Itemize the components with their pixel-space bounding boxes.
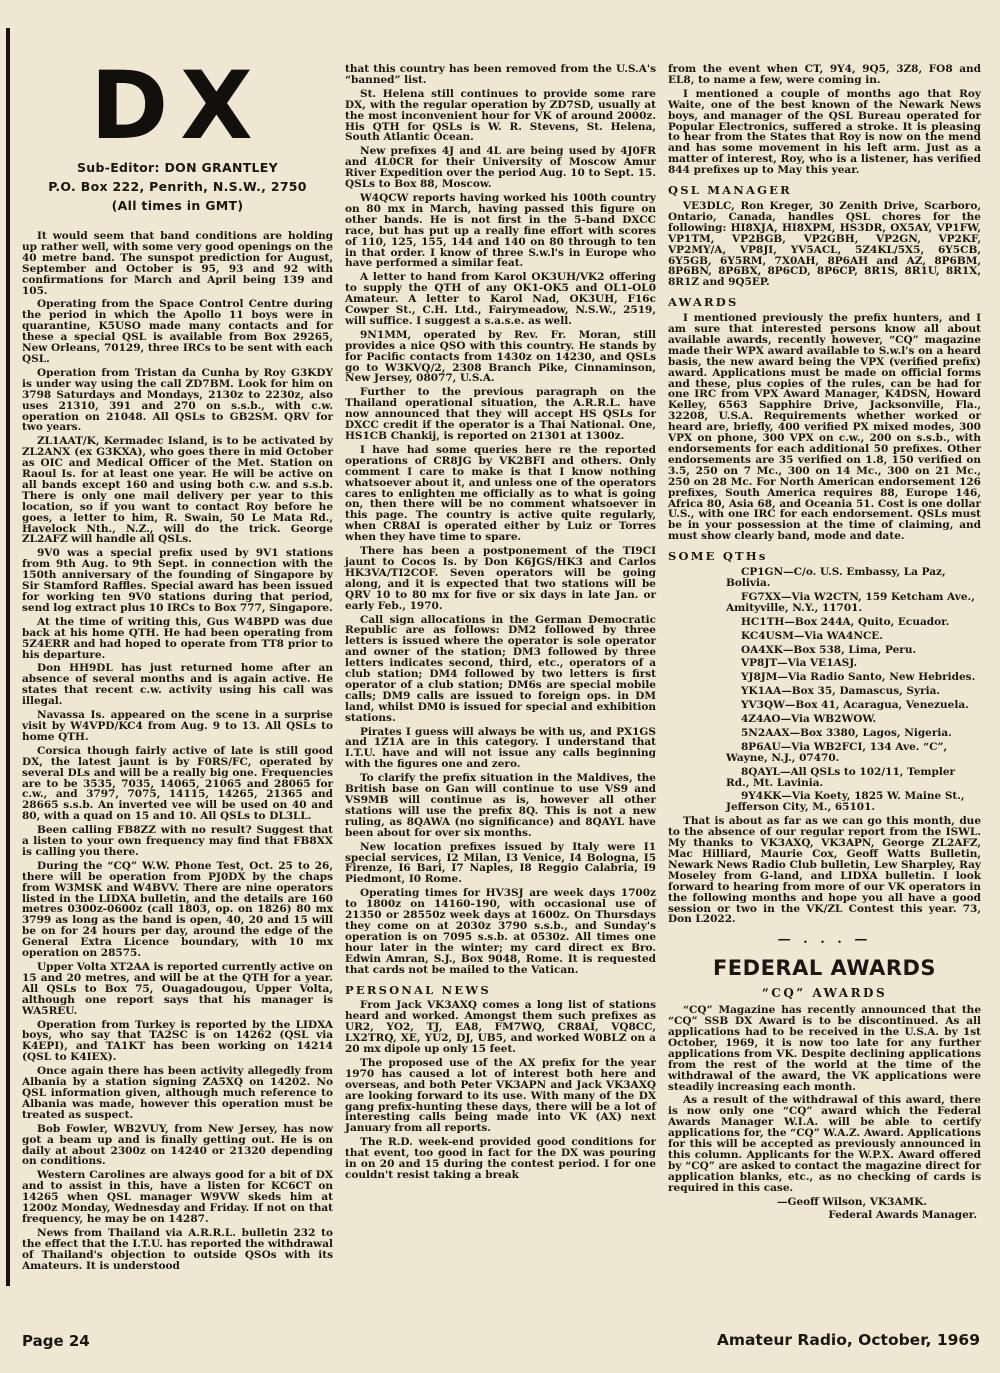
body-paragraph: As a result of the withdrawal of this aw… <box>668 1095 981 1193</box>
body-paragraph: St. Helena still continues to provide so… <box>345 89 656 144</box>
dx-logo: DX <box>22 66 333 148</box>
body-paragraph: I mentioned a couple of months ago that … <box>668 89 981 176</box>
body-paragraph: that this country has been removed from … <box>345 64 656 86</box>
body-paragraph: From Jack VK3AXQ comes a long list of st… <box>345 1000 656 1055</box>
body-paragraph: I mentioned previously the prefix hunter… <box>668 313 981 542</box>
left-column: DX Sub-Editor: DON GRANTLEY P.O. Box 222… <box>22 58 333 1274</box>
body-paragraph: I have had some queries here re the repo… <box>345 445 656 543</box>
heading-some-qths: SOME QTHs <box>668 551 981 562</box>
body-paragraph: from the event when CT, 9Y4, 9Q5, 3Z8, F… <box>668 64 981 86</box>
magazine-page: DX Sub-Editor: DON GRANTLEY P.O. Box 222… <box>0 0 1000 1373</box>
body-paragraph: Western Carolines are always good for a … <box>22 1170 333 1225</box>
qth-entry: YV3QW—Box 41, Acaragua, Venezuela. <box>668 700 981 711</box>
body-paragraph: Bob Fowler, WB2VUY, from New Jersey, has… <box>22 1124 333 1168</box>
signature-title: Federal Awards Manager. <box>668 1210 981 1221</box>
qth-entry: KC4USM—Via WA4NCE. <box>668 631 981 642</box>
heading-federal-awards: FEDERAL AWARDS <box>668 956 981 980</box>
footer-page-number: Page 24 <box>22 1332 90 1350</box>
right-column: from the event when CT, 9Y4, 9Q5, 3Z8, F… <box>668 64 981 1224</box>
body-paragraph: It would seem that band conditions are h… <box>22 231 333 296</box>
body-paragraph: A letter to hand from Karol OK3UH/VK2 of… <box>345 272 656 327</box>
page-edge-rule <box>6 28 10 1286</box>
body-paragraph: Operating times for HV3SJ are week days … <box>345 888 656 975</box>
body-paragraph: Call sign allocations in the German Demo… <box>345 615 656 724</box>
body-paragraph: That is about as far as we can go this m… <box>668 816 981 925</box>
body-paragraph: There has been a postponement of the TI9… <box>345 546 656 611</box>
body-paragraph: Operation from Tristan da Cunha by Roy G… <box>22 368 333 433</box>
body-paragraph: Once again there has been activity alleg… <box>22 1066 333 1121</box>
signature: —Geoff Wilson, VK3AMK. <box>668 1197 981 1208</box>
body-paragraph: The proposed use of the AX prefix for th… <box>345 1058 656 1134</box>
body-paragraph: “CQ” Magazine has recently announced tha… <box>668 1005 981 1092</box>
qth-entry: 8QAYL—All QSLs to 102/11, Templer Rd., M… <box>668 767 981 789</box>
qth-entry: YK1AA—Box 35, Damascus, Syria. <box>668 686 981 697</box>
body-paragraph: New location prefixes issued by Italy we… <box>345 842 656 886</box>
body-paragraph: Further to the previous paragraph on the… <box>345 387 656 442</box>
sub-editor-line: Sub-Editor: DON GRANTLEY <box>22 158 333 177</box>
body-paragraph: 9V0 was a special prefix used by 9V1 sta… <box>22 548 333 613</box>
qth-entry: VP8JT—Via VE1ASJ. <box>668 658 981 669</box>
middle-column: that this country has been removed from … <box>345 64 656 1184</box>
body-paragraph: New prefixes 4J and 4L are being used by… <box>345 146 656 190</box>
body-paragraph: Operation from Turkey is reported by the… <box>22 1020 333 1064</box>
body-paragraph: Operating from the Space Control Centre … <box>22 299 333 364</box>
body-paragraph: During the “CQ” W.W. Phone Test, Oct. 25… <box>22 861 333 959</box>
body-paragraph: The R.D. week-end provided good conditio… <box>345 1137 656 1181</box>
body-paragraph: Don HH9DL has just returned home after a… <box>22 663 333 707</box>
body-paragraph: ZL1AAT/K, Kermadec Island, is to be acti… <box>22 436 333 545</box>
body-paragraph: Been calling FB8ZZ with no result? Sugge… <box>22 825 333 858</box>
gmt-note: (All times in GMT) <box>22 196 333 215</box>
qth-entry: OA4XK—Box 538, Lima, Peru. <box>668 645 981 656</box>
qth-entry: CP1GN—C/o. U.S. Embassy, La Paz, Bolivia… <box>668 567 981 589</box>
qth-entry: 5N2AAX—Box 3380, Lagos, Nigeria. <box>668 728 981 739</box>
body-paragraph: Navassa Is. appeared on the scene in a s… <box>22 710 333 743</box>
heading-awards: AWARDS <box>668 297 981 308</box>
qth-entry: 4Z4AO—Via WB2WOW. <box>668 714 981 725</box>
body-paragraph: VE3DLC, Ron Kreger, 30 Zenith Drive, Sca… <box>668 201 981 288</box>
body-paragraph: At the time of writing this, Gus W4BPD w… <box>22 617 333 661</box>
body-paragraph: Upper Volta XT2AA is reported currently … <box>22 962 333 1017</box>
body-paragraph: Corsica though fairly active of late is … <box>22 746 333 822</box>
qth-entry: HC1TH—Box 244A, Quito, Ecuador. <box>668 617 981 628</box>
qth-entry: FG7XX—Via W2CTN, 159 Ketcham Ave., Amity… <box>668 592 981 614</box>
heading-personal-news: PERSONAL NEWS <box>345 985 656 996</box>
qth-entry: 8P6AU—Via WB2FCI, 134 Ave. “C”, Wayne, N… <box>668 742 981 764</box>
qth-entry: 9Y4KK—Via Koety, 1825 W. Maine St., Jeff… <box>668 791 981 813</box>
address-line: P.O. Box 222, Penrith, N.S.W., 2750 <box>22 177 333 196</box>
qth-list: CP1GN—C/o. U.S. Embassy, La Paz, Bolivia… <box>668 567 981 813</box>
body-paragraph: W4QCW reports having worked his 100th co… <box>345 193 656 269</box>
masthead: DX Sub-Editor: DON GRANTLEY P.O. Box 222… <box>22 66 333 215</box>
section-divider: — . . . — <box>668 935 981 946</box>
body-paragraph: News from Thailand via A.R.R.L. bulletin… <box>22 1228 333 1272</box>
footer-magazine-title: Amateur Radio, October, 1969 <box>717 1331 980 1349</box>
qth-entry: YJ8JM—Via Radio Santo, New Hebrides. <box>668 672 981 683</box>
heading-qsl-manager: QSL MANAGER <box>668 185 981 196</box>
body-paragraph: Pirates I guess will always be with us, … <box>345 727 656 771</box>
body-paragraph: To clarify the prefix situation in the M… <box>345 773 656 838</box>
heading-cq-awards: “CQ” AWARDS <box>668 988 981 999</box>
body-paragraph: 9N1MM, operated by Rev. Fr. Moran, still… <box>345 330 656 385</box>
